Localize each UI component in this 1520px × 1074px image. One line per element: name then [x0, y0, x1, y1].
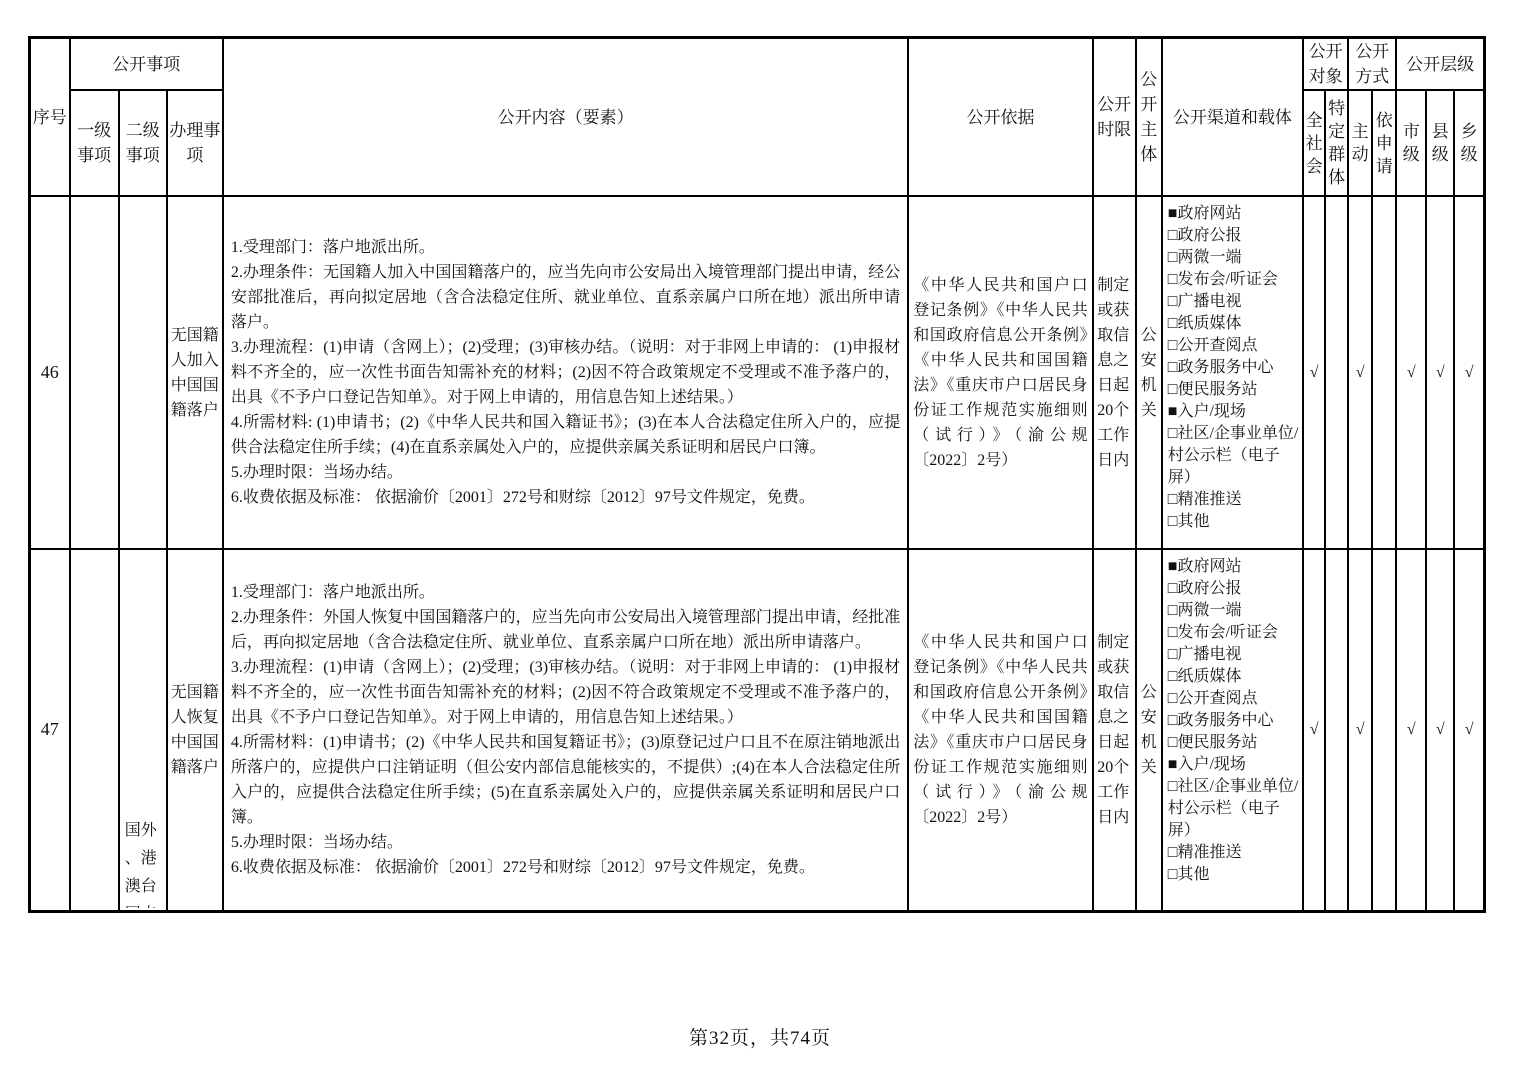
- check-proactive: √: [1348, 549, 1372, 911]
- header-group-public-items: 公开事项: [70, 38, 223, 91]
- public-content-cell: 1.受理部门：落户地派出所。 2.办理条件：无国籍人加入中国国籍落户的，应当先向…: [223, 196, 908, 549]
- header-public-basis: 公开依据: [908, 38, 1092, 197]
- document-page: 序号 公开事项 公开内容（要素） 公开依据 公开时限 公开主体 公开渠道和载体 …: [0, 0, 1520, 1074]
- handle-item-cell: 无国籍人恢复中国国籍落户: [167, 549, 223, 911]
- check-whole-society: √: [1303, 549, 1325, 911]
- header-level2-item: 二级事项: [119, 90, 167, 196]
- public-content-cell: 1.受理部门：落户地派出所。 2.办理条件：外国人恢复中国国籍落户的，应当先向市…: [223, 549, 908, 911]
- header-level1-item: 一级事项: [70, 90, 119, 196]
- check-specific-group: [1325, 549, 1348, 911]
- level1-item-cell: [70, 196, 119, 549]
- header-county-level: 县级: [1426, 90, 1454, 196]
- check-on-request: [1372, 549, 1396, 911]
- header-whole-society: 全社会: [1303, 90, 1325, 196]
- level1-item-cell: [70, 549, 119, 911]
- level2-item-cell: 国外、港澳台回来: [119, 549, 167, 911]
- public-basis-cell: 《中华人民共和国户口登记条例》《中华人民共和国政府信息公开条例》《中华人民共和国…: [908, 549, 1092, 911]
- header-handle-item: 办理事项: [167, 90, 223, 196]
- header-public-content: 公开内容（要素）: [223, 38, 908, 197]
- table-row: 46 无国籍人加入中国国籍落户 1.受理部门：落户地派出所。 2.办理条件：无国…: [30, 196, 1485, 549]
- check-specific-group: [1325, 196, 1348, 549]
- disclosure-table: 序号 公开事项 公开内容（要素） 公开依据 公开时限 公开主体 公开渠道和载体 …: [28, 36, 1486, 913]
- check-on-request: [1372, 196, 1396, 549]
- header-group-public-target: 公开对象: [1303, 38, 1348, 91]
- check-whole-society: √: [1303, 196, 1325, 549]
- table-row: 47 国外、港澳台回来 无国籍人恢复中国国籍落户 1.受理部门：落户地派出所。 …: [30, 549, 1485, 911]
- subject-cell: 公安机关: [1136, 196, 1162, 549]
- time-limit-cell: 制定或获取信息之日起20个工作日内: [1093, 549, 1136, 911]
- header-city-level: 市级: [1396, 90, 1426, 196]
- check-town-level: √: [1454, 196, 1484, 549]
- check-city-level: √: [1396, 549, 1426, 911]
- header-town-level: 乡级: [1454, 90, 1484, 196]
- header-group-public-level: 公开层级: [1396, 38, 1484, 91]
- header-public-channels: 公开渠道和载体: [1162, 38, 1303, 197]
- header-group-public-method: 公开方式: [1348, 38, 1396, 91]
- check-city-level: √: [1396, 196, 1426, 549]
- check-county-level: √: [1426, 196, 1454, 549]
- check-town-level: √: [1454, 549, 1484, 911]
- header-public-subject: 公开主体: [1136, 38, 1162, 197]
- header-serial-number: 序号: [30, 38, 70, 197]
- level2-item-cell: [119, 196, 167, 549]
- header-on-request: 依申请: [1372, 90, 1396, 196]
- public-basis-cell: 《中华人民共和国户口登记条例》《中华人民共和国政府信息公开条例》《中华人民共和国…: [908, 196, 1092, 549]
- channels-checklist-cell: ■政府网站 □政府公报 □两微一端 □发布会/听证会 □广播电视 □纸质媒体 □…: [1162, 196, 1303, 549]
- channels-checklist-cell: ■政府网站 □政府公报 □两微一端 □发布会/听证会 □广播电视 □纸质媒体 □…: [1162, 549, 1303, 911]
- time-limit-cell: 制定或获取信息之日起20个工作日内: [1093, 196, 1136, 549]
- serial-number-cell: 47: [30, 549, 70, 911]
- subject-cell: 公安机关: [1136, 549, 1162, 911]
- header-specific-group: 特定群体: [1325, 90, 1348, 196]
- check-county-level: √: [1426, 549, 1454, 911]
- serial-number-cell: 46: [30, 196, 70, 549]
- handle-item-cell: 无国籍人加入中国国籍落户: [167, 196, 223, 549]
- check-proactive: √: [1348, 196, 1372, 549]
- header-proactive: 主动: [1348, 90, 1372, 196]
- page-number-footer: 第32页，共74页: [0, 1023, 1520, 1050]
- header-public-time-limit: 公开时限: [1093, 38, 1136, 197]
